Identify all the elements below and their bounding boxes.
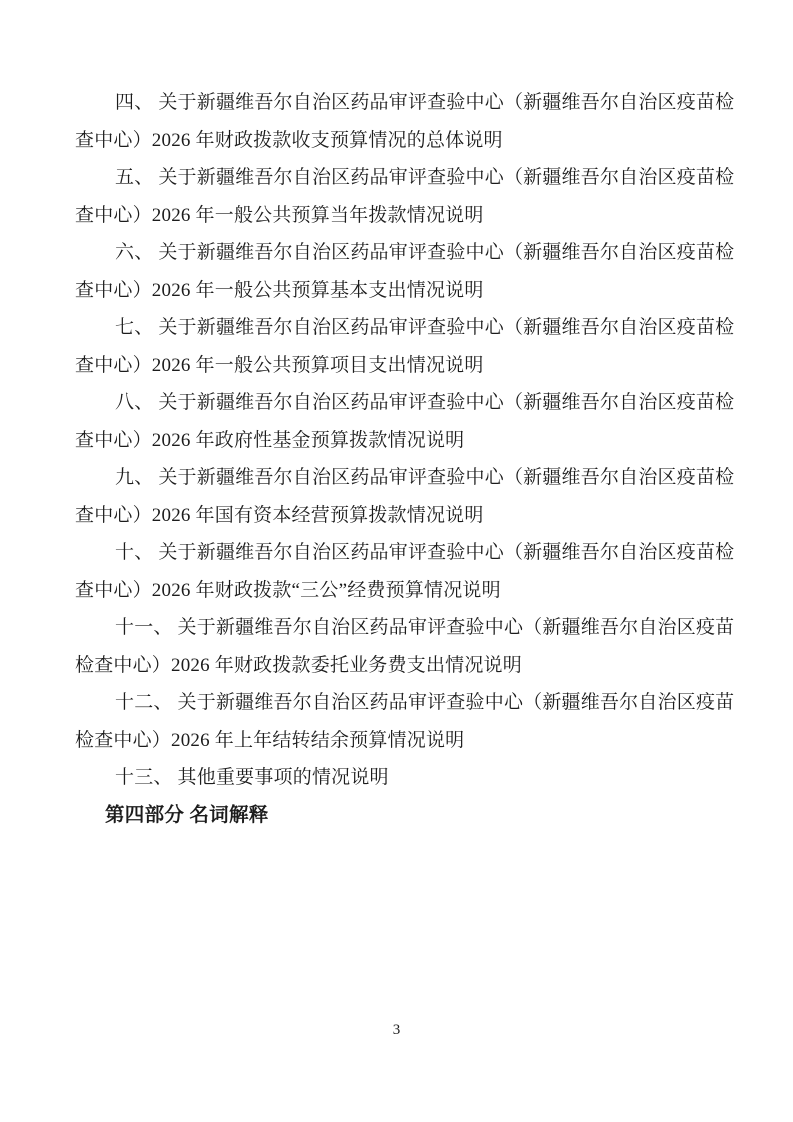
toc-item-10: 十、 关于新疆维吾尔自治区药品审评查验中心（新疆维吾尔自治区疫苗检 查中心）20… [75,534,727,609]
page-number: 3 [393,1022,401,1038]
toc-item-12-line-1: 十二、 关于新疆维吾尔自治区药品审评查验中心（新疆维吾尔自治区疫苗 [75,684,727,722]
page-footer: 3 [0,1020,793,1040]
toc-item-9-line-2: 查中心）2026 年国有资本经营预算拨款情况说明 [75,497,727,535]
toc-item-9-line-1: 九、 关于新疆维吾尔自治区药品审评查验中心（新疆维吾尔自治区疫苗检 [75,459,727,497]
toc-item-6-line-2: 查中心）2026 年一般公共预算基本支出情况说明 [75,272,727,310]
document-page: 四、 关于新疆维吾尔自治区药品审评查验中心（新疆维吾尔自治区疫苗检 查中心）20… [0,0,793,1122]
section-heading-part4: 第四部分 名词解释 [75,797,727,835]
toc-item-7: 七、 关于新疆维吾尔自治区药品审评查验中心（新疆维吾尔自治区疫苗检 查中心）20… [75,309,727,384]
toc-item-10-line-1: 十、 关于新疆维吾尔自治区药品审评查验中心（新疆维吾尔自治区疫苗检 [75,534,727,572]
toc-item-5: 五、 关于新疆维吾尔自治区药品审评查验中心（新疆维吾尔自治区疫苗检 查中心）20… [75,159,727,234]
toc-item-5-line-1: 五、 关于新疆维吾尔自治区药品审评查验中心（新疆维吾尔自治区疫苗检 [75,159,727,197]
toc-item-11-line-1: 十一、 关于新疆维吾尔自治区药品审评查验中心（新疆维吾尔自治区疫苗 [75,609,727,647]
toc-item-8-line-2: 查中心）2026 年政府性基金预算拨款情况说明 [75,422,727,460]
toc-item-4-line-1: 四、 关于新疆维吾尔自治区药品审评查验中心（新疆维吾尔自治区疫苗检 [75,84,727,122]
toc-item-8-line-1: 八、 关于新疆维吾尔自治区药品审评查验中心（新疆维吾尔自治区疫苗检 [75,384,727,422]
toc-item-12-line-2: 检查中心）2026 年上年结转结余预算情况说明 [75,722,727,760]
toc-item-6: 六、 关于新疆维吾尔自治区药品审评查验中心（新疆维吾尔自治区疫苗检 查中心）20… [75,234,727,309]
toc-item-4: 四、 关于新疆维吾尔自治区药品审评查验中心（新疆维吾尔自治区疫苗检 查中心）20… [75,84,727,159]
toc-item-4-line-2: 查中心）2026 年财政拨款收支预算情况的总体说明 [75,122,727,160]
toc-item-7-line-2: 查中心）2026 年一般公共预算项目支出情况说明 [75,347,727,385]
toc-item-10-line-2: 查中心）2026 年财政拨款“三公”经费预算情况说明 [75,572,727,610]
toc-item-6-line-1: 六、 关于新疆维吾尔自治区药品审评查验中心（新疆维吾尔自治区疫苗检 [75,234,727,272]
toc-item-13-line-1: 十三、 其他重要事项的情况说明 [75,759,727,797]
toc-item-11-line-2: 检查中心）2026 年财政拨款委托业务费支出情况说明 [75,647,727,685]
toc-item-12: 十二、 关于新疆维吾尔自治区药品审评查验中心（新疆维吾尔自治区疫苗 检查中心）2… [75,684,727,759]
table-of-contents: 四、 关于新疆维吾尔自治区药品审评查验中心（新疆维吾尔自治区疫苗检 查中心）20… [75,84,727,834]
toc-item-9: 九、 关于新疆维吾尔自治区药品审评查验中心（新疆维吾尔自治区疫苗检 查中心）20… [75,459,727,534]
toc-item-11: 十一、 关于新疆维吾尔自治区药品审评查验中心（新疆维吾尔自治区疫苗 检查中心）2… [75,609,727,684]
toc-item-7-line-1: 七、 关于新疆维吾尔自治区药品审评查验中心（新疆维吾尔自治区疫苗检 [75,309,727,347]
toc-item-13: 十三、 其他重要事项的情况说明 [75,759,727,797]
toc-item-5-line-2: 查中心）2026 年一般公共预算当年拨款情况说明 [75,197,727,235]
toc-item-8: 八、 关于新疆维吾尔自治区药品审评查验中心（新疆维吾尔自治区疫苗检 查中心）20… [75,384,727,459]
